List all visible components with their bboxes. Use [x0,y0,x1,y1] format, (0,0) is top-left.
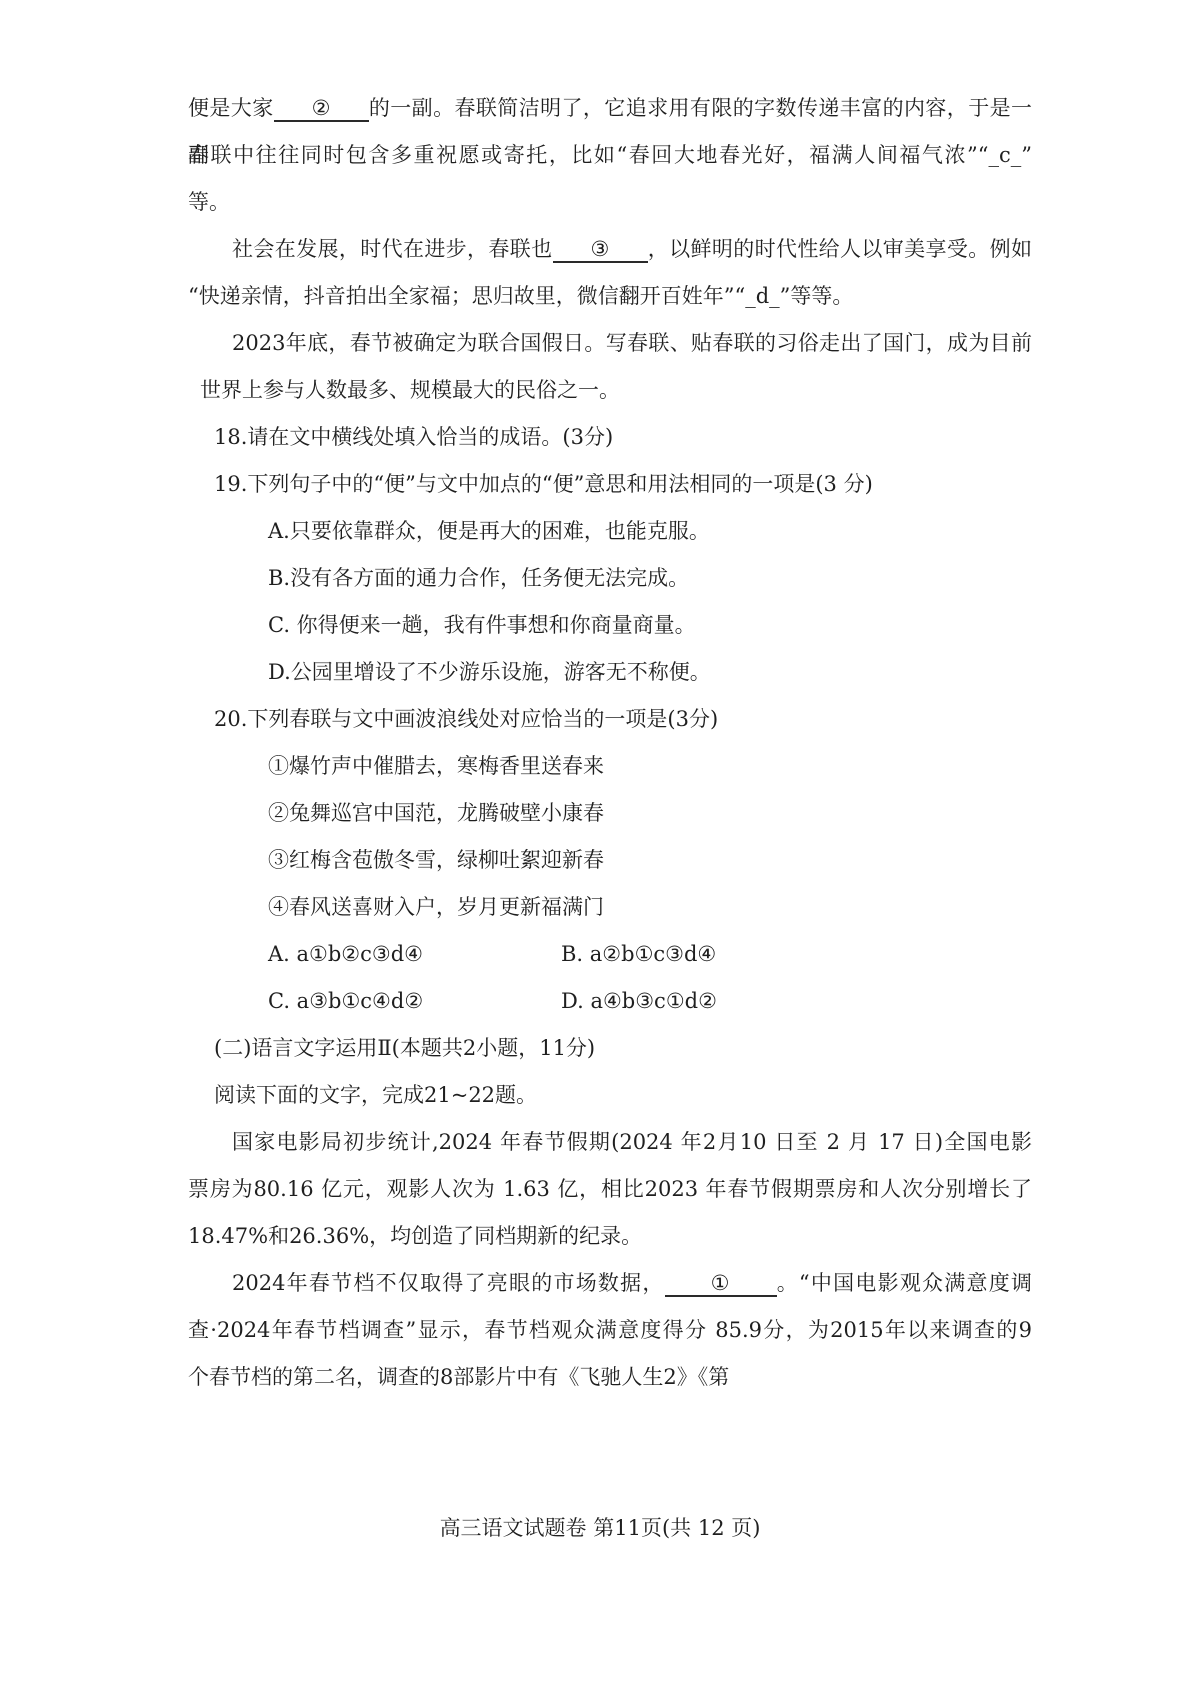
passage2-line-4: 2024年春节档不仅取得了亮眼的市场数据，①。“中国电影观众满意度调 [188,1260,1032,1307]
q19-option-b-text: B.没有各方面的通力合作，任务便无法完成。 [268,566,689,590]
body-line-3: 等。 [188,179,1032,226]
q20-option-d: D. a④b③c①d② [561,978,717,1025]
page-footer: 高三语文试题卷 第11页(共 12 页) [0,1505,1200,1552]
reading-instruction: 阅读下面的文字，完成21~22题。 [188,1072,1032,1119]
q20-couplet-1-text: ①爆竹声中催腊去，寒梅香里送春来 [268,754,604,778]
question-20-text: 20.下列春联与文中画波浪线处对应恰当的一项是(3分) [214,707,718,731]
body-line-4-post: ，以鲜明的时代性给人以审美享受。例如 [648,237,1032,261]
section-heading-2: (二)语言文字运用Ⅱ(本题共2小题，11分) [188,1025,1032,1072]
question-18: 18.请在文中横线处填入恰当的成语。(3分) [188,414,1032,461]
q20-couplet-4-text: ④春风送喜财入户，岁月更新福满门 [268,895,604,919]
q20-option-b: B. a②b①c③d④ [561,931,716,978]
question-18-text: 18.请在文中横线处填入恰当的成语。(3分) [214,425,613,449]
q20-option-a: A. a①b②c③d④ [268,931,561,978]
body-line-6-text: 2023年底，春节被确定为联合国假日。写春联、贴春联的习俗走出了国门，成为目前 [232,331,1032,355]
body-line-3-text: 等。 [188,190,230,214]
passage2-line-5-text: 查·2024年春节档调查”显示，春节档观众满意度得分 85.9分，为2015年以… [188,1318,1032,1342]
q20-option-row-ab: A. a①b②c③d④B. a②b①c③d④ [188,931,1032,978]
passage2-line-4-post: 。“中国电影观众满意度调 [777,1271,1032,1295]
exam-page: 便是大家②的一副。春联简洁明了，它追求用有限的字数传递丰富的内容，于是一副 春联… [0,0,1200,1699]
body-line-1: 便是大家②的一副。春联简洁明了，它追求用有限的字数传递丰富的内容，于是一副 [188,85,1032,132]
section-heading-2-text: (二)语言文字运用Ⅱ(本题共2小题，11分) [214,1036,595,1060]
body-line-4-pre: 社会在发展，时代在进步，春联也 [232,237,553,261]
body-line-2-text: 春联中往往同时包含多重祝愿或寄托，比如“春回大地春光好，福满人间福气浓”“_c_… [188,143,1032,167]
body-line-5-text: “快递亲情，抖音拍出全家福；思归故里，微信翻开百姓年”“_d_”等等。 [188,284,853,308]
passage2-line-2: 票房为80.16 亿元，观影人次为 1.63 亿，相比2023 年春节假期票房和… [188,1166,1032,1213]
question-20: 20.下列春联与文中画波浪线处对应恰当的一项是(3分) [188,696,1032,743]
q19-option-d-text: D.公园里增设了不少游乐设施，游客无不称便。 [268,660,711,684]
q20-couplet-4: ④春风送喜财入户，岁月更新福满门 [188,884,1032,931]
q20-option-c: C. a③b①c④d② [268,978,561,1025]
exam-body: 便是大家②的一副。春联简洁明了，它追求用有限的字数传递丰富的内容，于是一副 春联… [188,85,1032,1401]
q20-couplet-1: ①爆竹声中催腊去，寒梅香里送春来 [188,743,1032,790]
body-line-7-text: 世界上参与人数最多、规模最大的民俗之一。 [200,378,620,402]
q19-option-b: B.没有各方面的通力合作，任务便无法完成。 [188,555,1032,602]
body-line-1-pre: 便是大家 [188,96,274,120]
q20-couplet-2: ②兔舞巡宫中国范，龙腾破壁小康春 [188,790,1032,837]
question-19-text: 19.下列句子中的“便”与文中加点的“便”意思和用法相同的一项是(3 分) [214,472,873,496]
passage2-line-5: 查·2024年春节档调查”显示，春节档观众满意度得分 85.9分，为2015年以… [188,1307,1032,1354]
body-line-6: 2023年底，春节被确定为联合国假日。写春联、贴春联的习俗走出了国门，成为目前 [188,320,1032,367]
question-19: 19.下列句子中的“便”与文中加点的“便”意思和用法相同的一项是(3 分) [188,461,1032,508]
q19-option-a: A.只要依靠群众，便是再大的困难，也能克服。 [188,508,1032,555]
q19-option-d: D.公园里增设了不少游乐设施，游客无不称便。 [188,649,1032,696]
body-line-5: “快递亲情，抖音拍出全家福；思归故里，微信翻开百姓年”“_d_”等等。 [188,273,1032,320]
passage2-line-3: 18.47%和26.36%，均创造了同档期新的纪录。 [188,1213,1032,1260]
passage2-line-3-text: 18.47%和26.36%，均创造了同档期新的纪录。 [188,1224,642,1248]
q19-option-c: C. 你得便来一趟，我有件事想和你商量商量。 [188,602,1032,649]
passage2-line-1: 国家电影局初步统计,2024 年春节假期(2024 年2月10 日至 2 月 1… [188,1119,1032,1166]
q20-option-row-cd: C. a③b①c④d②D. a④b③c①d② [188,978,1032,1025]
q19-option-c-text: C. 你得便来一趟，我有件事想和你商量商量。 [268,613,696,637]
fill-in-blank-2: ② [274,96,369,122]
body-line-7: 世界上参与人数最多、规模最大的民俗之一。 [188,367,1032,414]
reading-instruction-text: 阅读下面的文字，完成21~22题。 [214,1083,537,1107]
q20-couplet-2-text: ②兔舞巡宫中国范，龙腾破壁小康春 [268,801,604,825]
passage2-line-6-text: 个春节档的第二名，调查的8部影片中有《飞驰人生2》《第 [188,1365,729,1389]
q20-couplet-3-text: ③红梅含苞傲冬雪，绿柳吐絮迎新春 [268,848,604,872]
passage2-line-2-text: 票房为80.16 亿元，观影人次为 1.63 亿，相比2023 年春节假期票房和… [188,1177,1032,1201]
passage2-line-1-text: 国家电影局初步统计,2024 年春节假期(2024 年2月10 日至 2 月 1… [232,1130,1032,1154]
body-line-2: 春联中往往同时包含多重祝愿或寄托，比如“春回大地春光好，福满人间福气浓”“_c_… [188,132,1032,179]
body-line-4: 社会在发展，时代在进步，春联也③，以鲜明的时代性给人以审美享受。例如 [188,226,1032,273]
q19-option-a-text: A.只要依靠群众，便是再大的困难，也能克服。 [268,519,710,543]
fill-in-blank-3: ③ [553,237,648,263]
passage2-line-6: 个春节档的第二名，调查的8部影片中有《飞驰人生2》《第 [188,1354,1032,1401]
passage2-line-4-pre: 2024年春节档不仅取得了亮眼的市场数据， [232,1271,665,1295]
q20-couplet-3: ③红梅含苞傲冬雪，绿柳吐絮迎新春 [188,837,1032,884]
fill-in-blank-1: ① [665,1271,777,1297]
